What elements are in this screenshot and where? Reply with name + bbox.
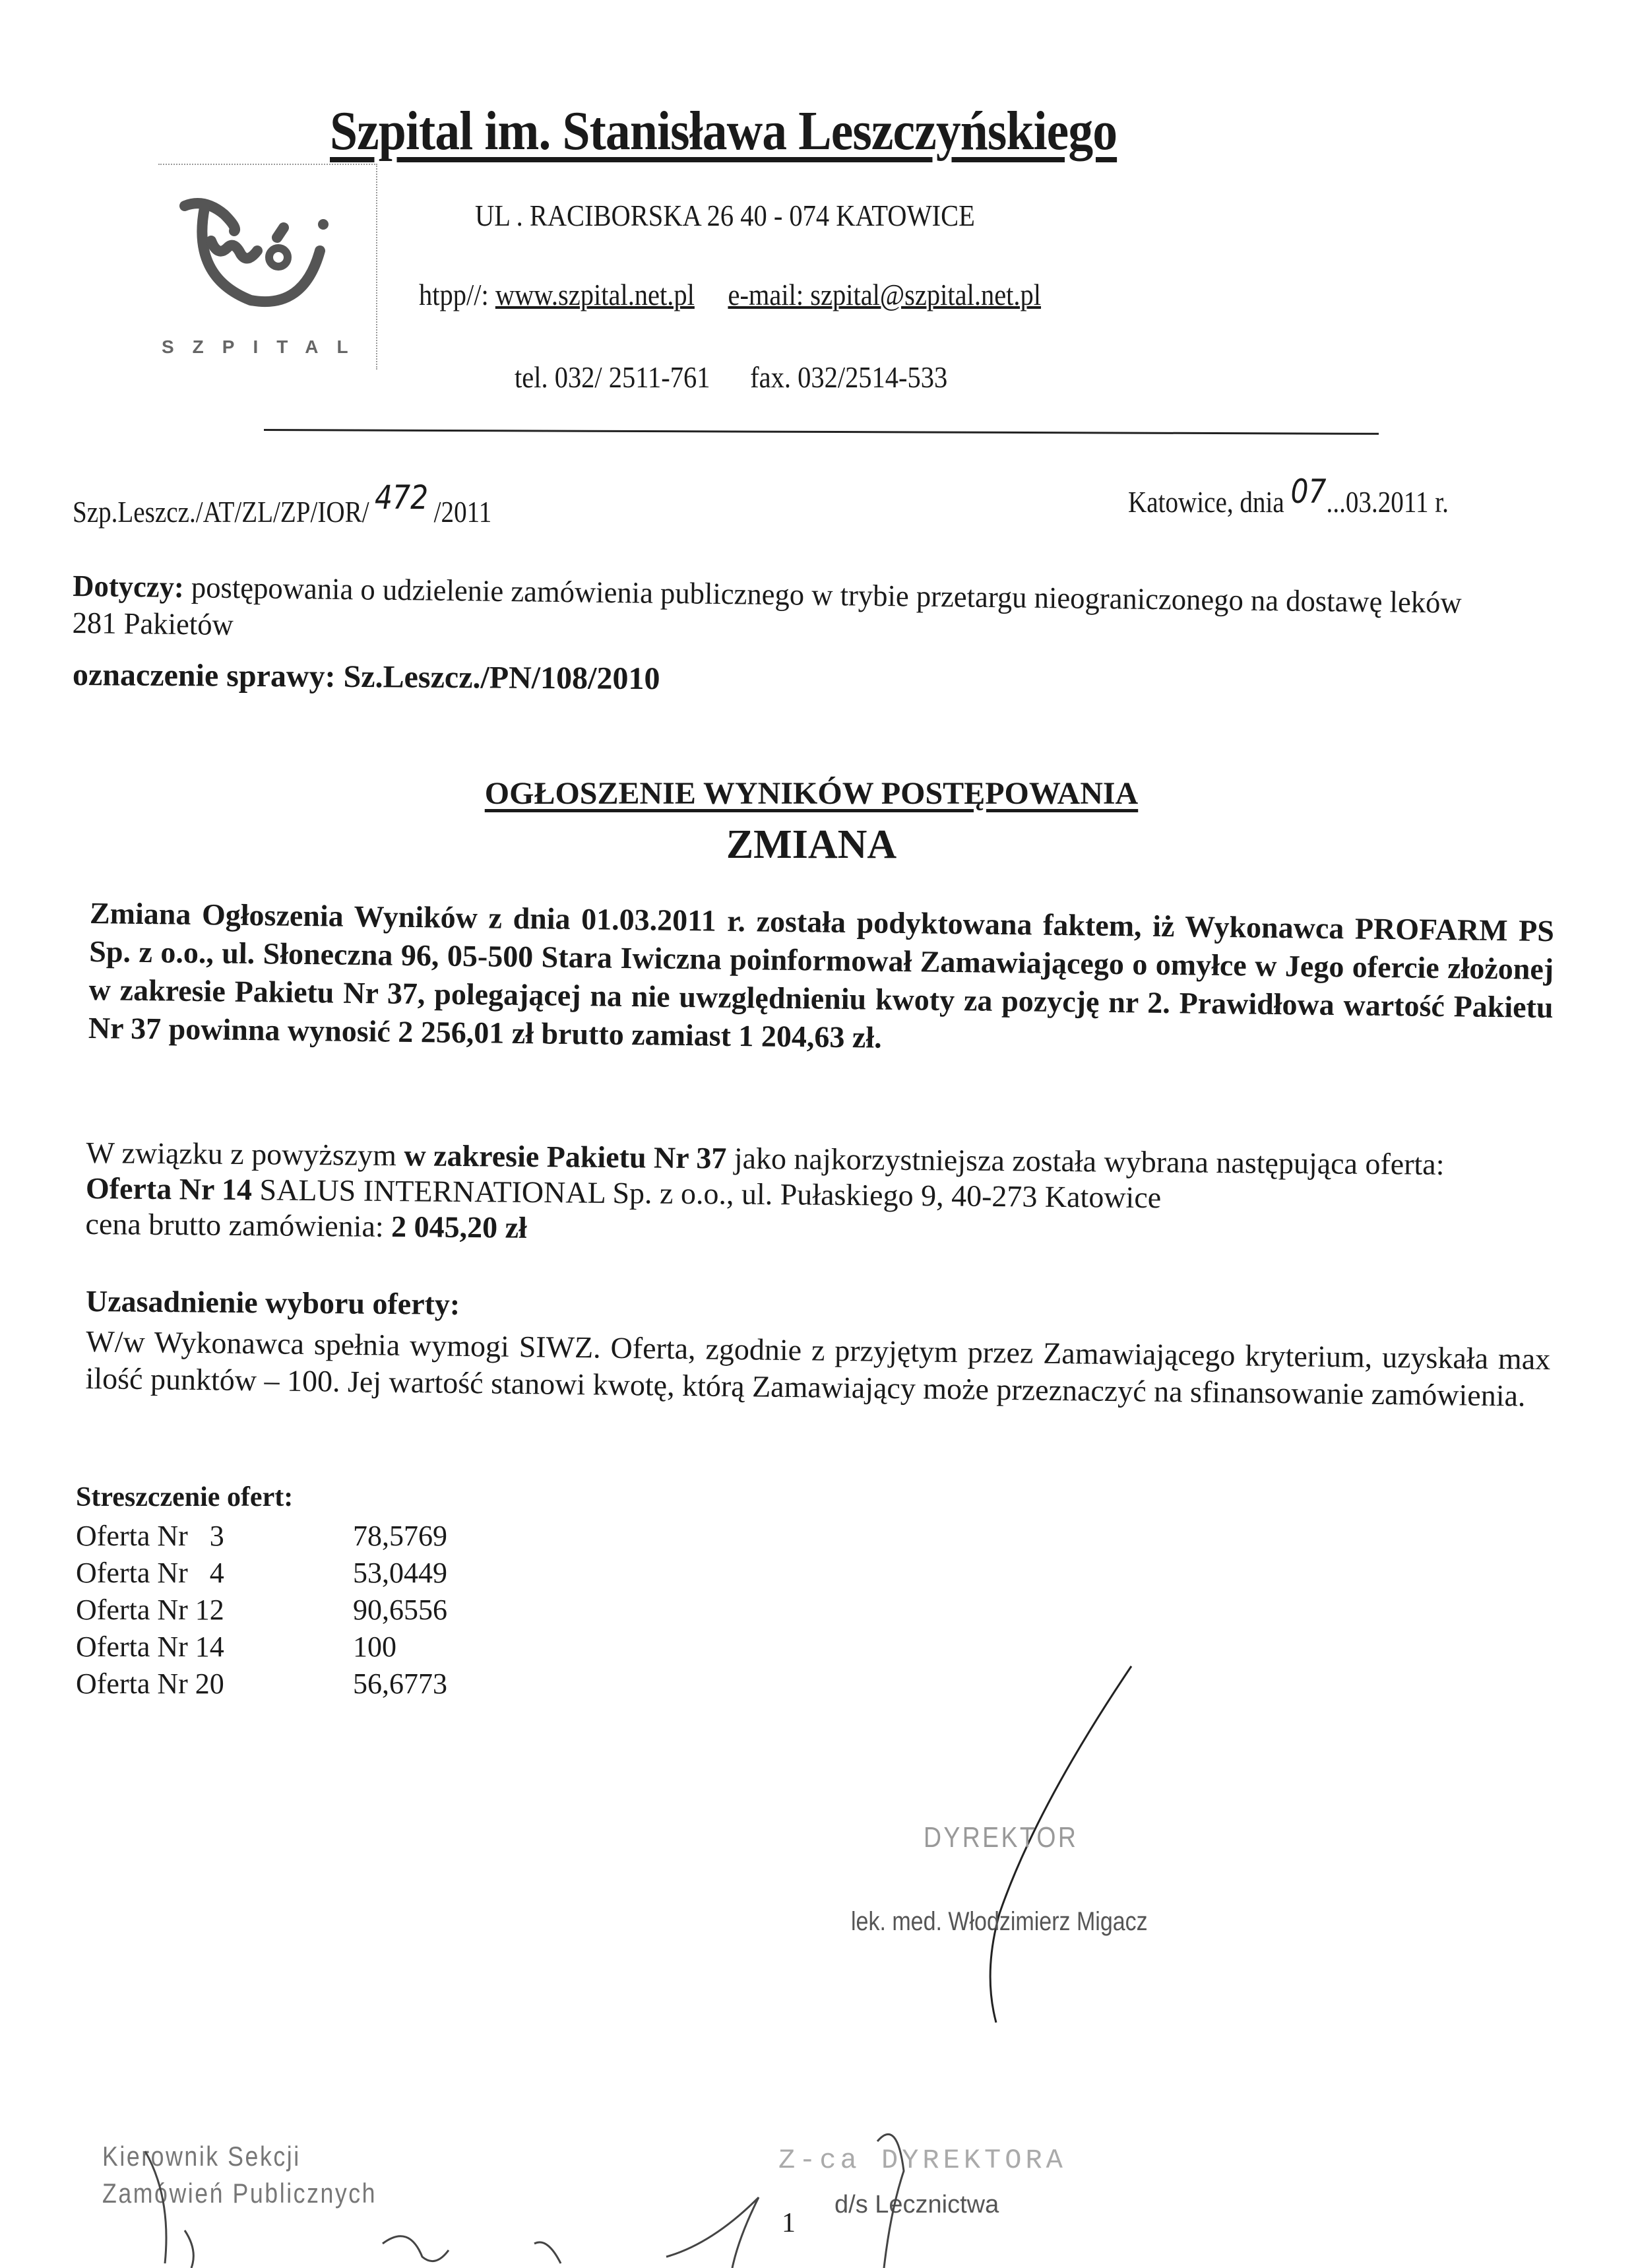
announcement-subtitle: ZMIANA <box>0 822 1629 868</box>
logo-text: SZPITAL <box>162 337 367 358</box>
fax-number: fax. 032/2514-533 <box>750 360 947 394</box>
offers-summary-table: Oferta Nr 378,5769 Oferta Nr 453,0449 Of… <box>76 1518 447 1702</box>
announcement-title: OGŁOSZENIE WYNIKÓW POSTĘPOWANIA <box>0 775 1629 812</box>
twoj-smile-logo-icon <box>165 178 363 330</box>
email-link[interactable]: e-mail: szpital@szpital.net.pl <box>728 278 1041 311</box>
document-date: Katowice, dnia 07...03.2011 r. <box>1128 482 1449 520</box>
director-stamp-title: DYREKTOR <box>924 1821 1078 1854</box>
website-link[interactable]: www.szpital.net.pl <box>495 278 695 311</box>
justification-text: W/w Wykonawca spełnia wymogi SIWZ. Ofert… <box>85 1323 1550 1415</box>
hospital-name: Szpital im. Stanisława Leszczyńskiego <box>330 99 1117 163</box>
header-divider <box>264 429 1379 435</box>
handwritten-day: 07 <box>1290 472 1326 511</box>
offer-row: Oferta Nr 1290,6556 <box>76 1592 447 1629</box>
handwritten-number: 472 <box>375 478 428 517</box>
subject-line: Dotyczy: postępowania o udzielenie zamów… <box>72 567 1506 659</box>
contact-web-email: htpp//: www.szpital.net.pl e-mail: szpit… <box>419 277 1041 312</box>
offer-row: Oferta Nr 453,0449 <box>76 1555 447 1592</box>
selected-price: 2 045,20 zł <box>391 1210 527 1245</box>
subject-text: postępowania o udzielenie zamówienia pub… <box>72 570 1462 641</box>
contact-phone-fax: tel. 032/ 2511-761 fax. 032/2514-533 <box>515 360 947 395</box>
subject-label: Dotyczy: <box>73 569 184 604</box>
change-paragraph: Zmiana Ogłoszenia Wyników z dnia 01.03.2… <box>88 894 1555 1065</box>
director-stamp-name: lek. med. Włodzimierz Migacz <box>851 1907 1148 1937</box>
offer-row: Oferta Nr 378,5769 <box>76 1518 447 1555</box>
justification-heading: Uzasadnienie wyboru oferty: <box>86 1283 460 1322</box>
reference-number: Szp.Leszcz./AT/ZL/ZP/IOR/472/2011 <box>73 492 491 530</box>
offer-row: Oferta Nr 2056,6773 <box>76 1666 447 1702</box>
summary-heading: Streszczenie ofert: <box>76 1481 293 1513</box>
case-reference: oznaczenie sprawy: Sz.Leszcz./PN/108/201… <box>73 657 660 697</box>
selected-offer: Oferta Nr 14 <box>86 1171 252 1206</box>
offer-row: Oferta Nr 14100 <box>76 1629 447 1666</box>
web-label: htpp//: <box>419 278 495 311</box>
phone-number: tel. 032/ 2511-761 <box>515 360 710 394</box>
handwritten-signatures-icon <box>0 2079 1636 2268</box>
hospital-address: UL . RACIBORSKA 26 40 - 074 KATOWICE <box>475 198 975 233</box>
selection-paragraph: W związku z powyższym w zakresie Pakietu… <box>85 1135 1577 1255</box>
